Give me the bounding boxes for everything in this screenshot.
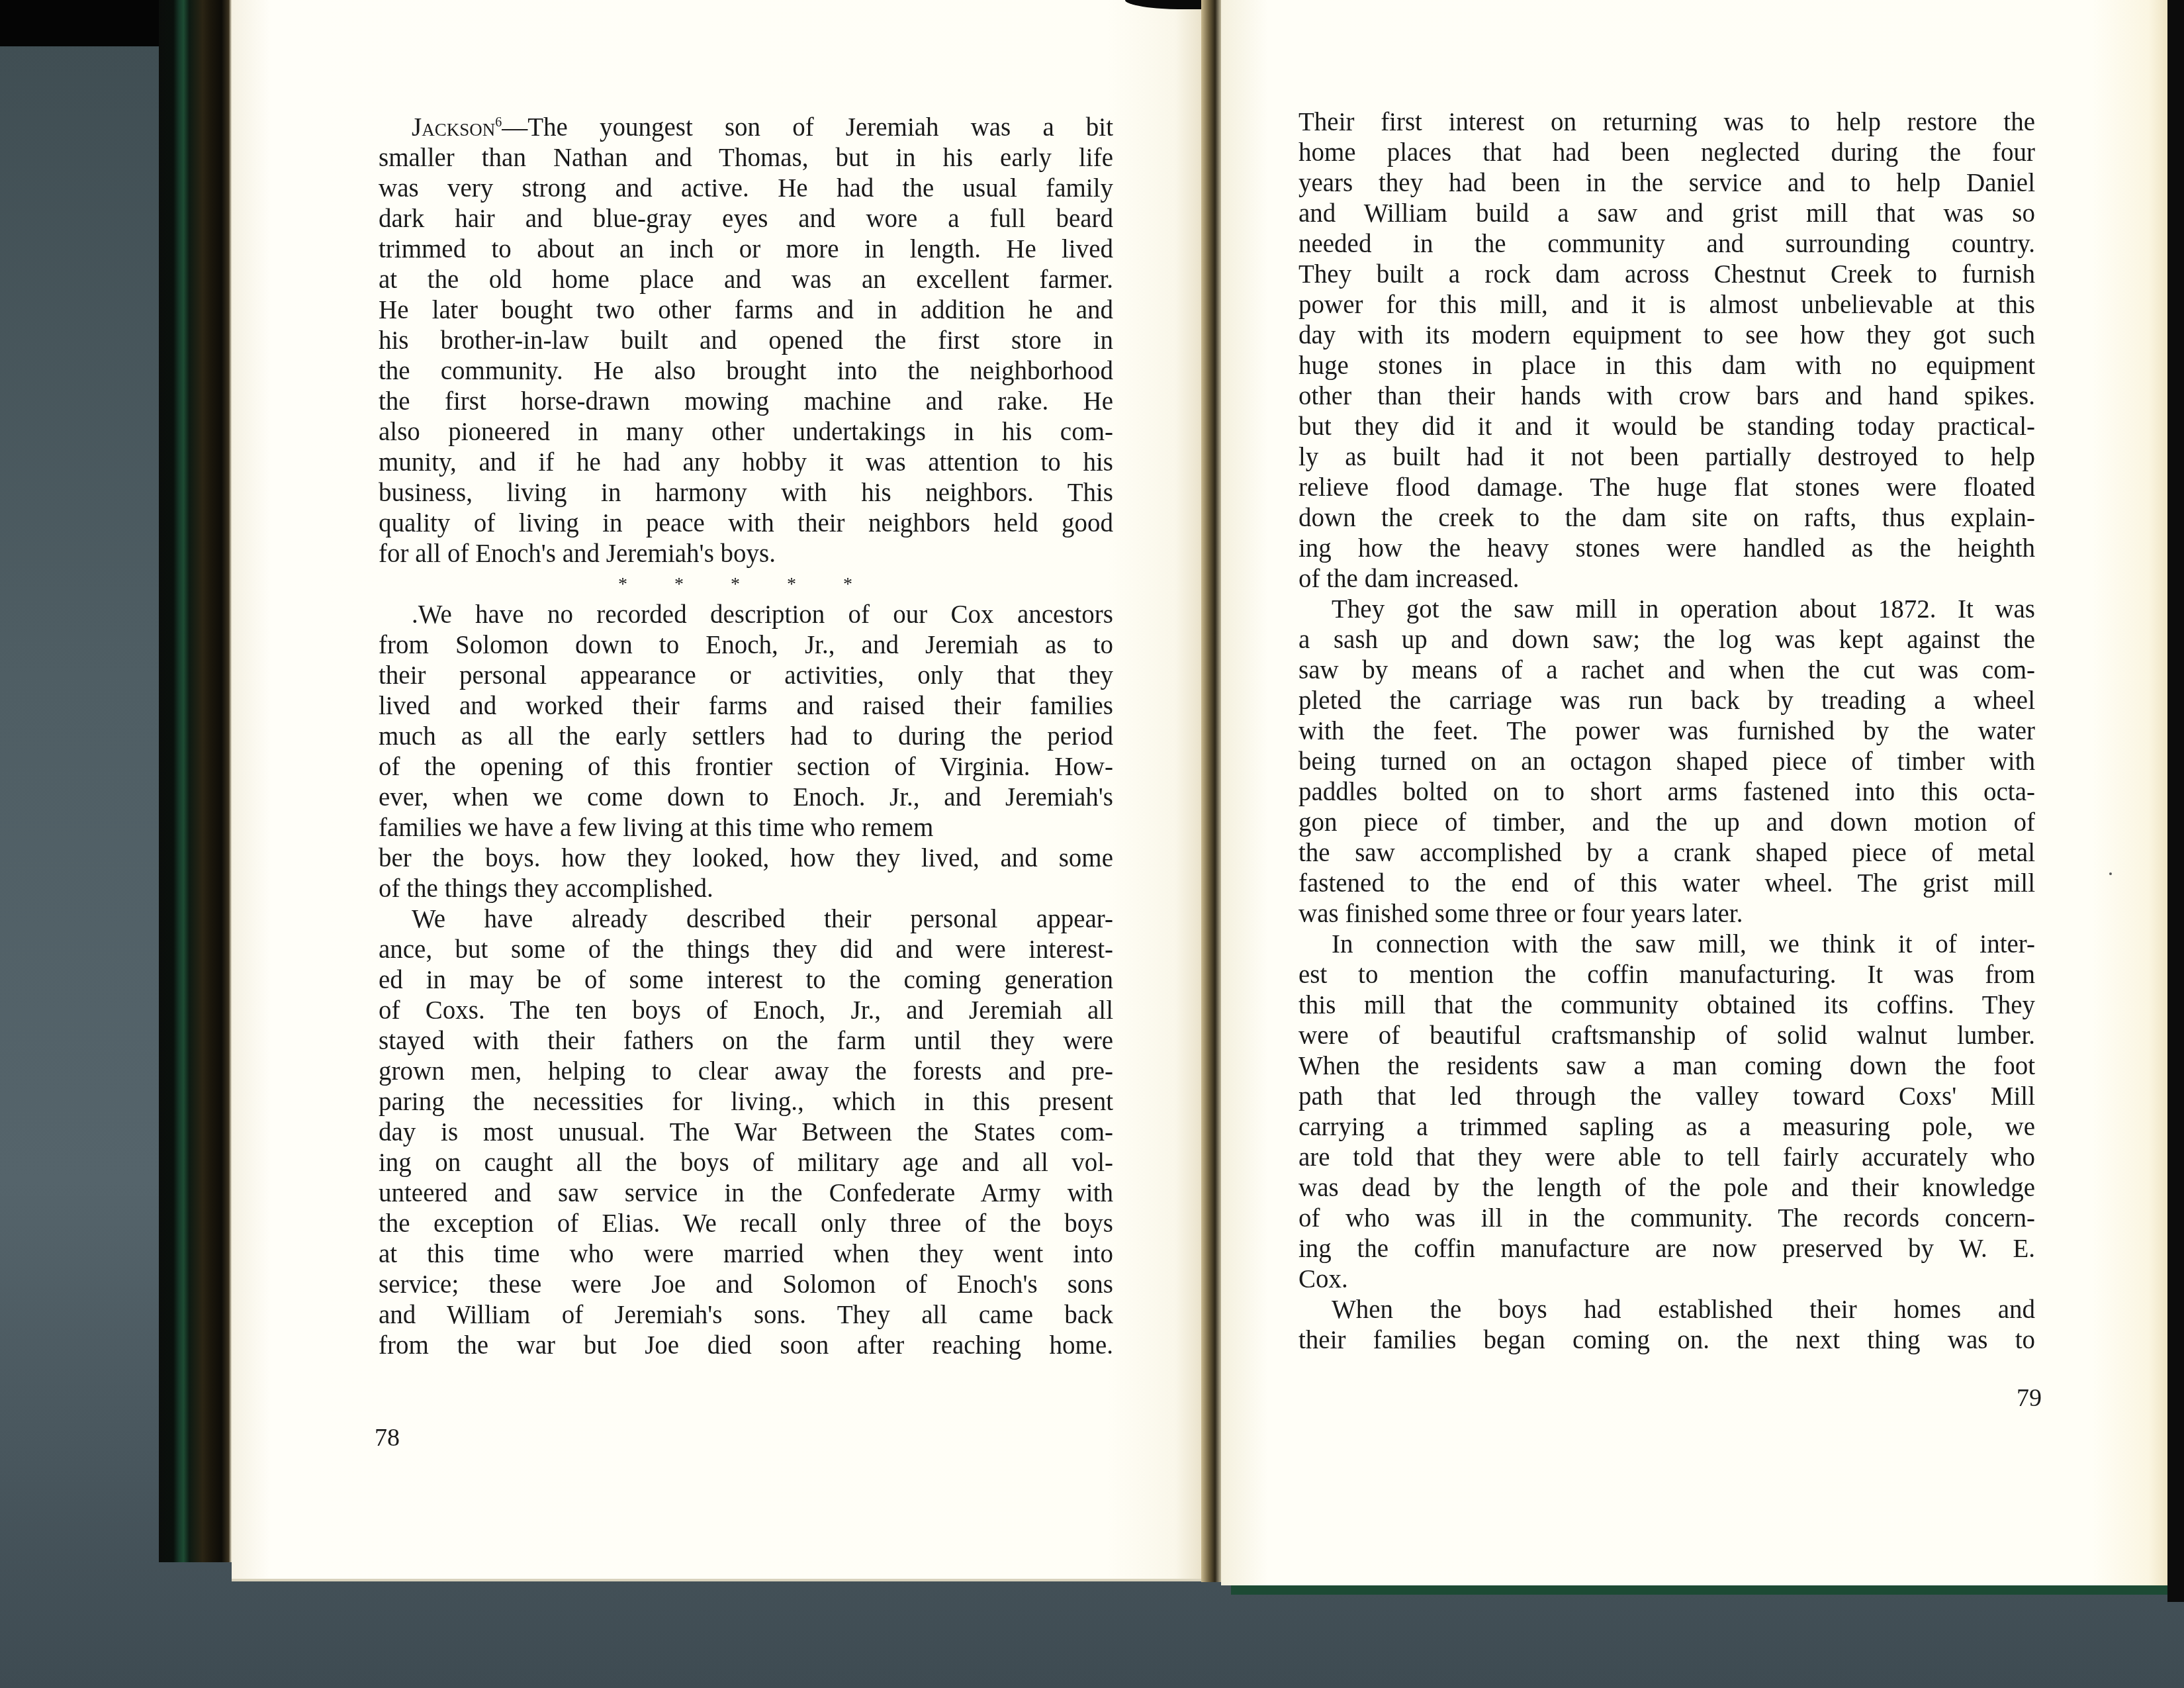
paragraph-line: needed in the community and surrounding … xyxy=(1298,229,2035,259)
book-spine-left xyxy=(159,0,232,1562)
binding-cloth-bottom xyxy=(1231,1585,2171,1595)
scan-speck xyxy=(2109,872,2112,875)
paragraph-line: their personal appearance or activities,… xyxy=(379,661,1113,691)
paragraph-line: munity, and if he had any hobby it was a… xyxy=(379,447,1113,478)
paragraph-line: unteered and saw service in the Confeder… xyxy=(379,1178,1113,1209)
paragraph-line: the community. He also brought into the … xyxy=(379,356,1113,387)
paragraph-line: but they did it and it would be standing… xyxy=(1298,412,2035,442)
paragraph-line: We have already described their personal… xyxy=(379,904,1113,935)
paragraph-line: from the war but Joe died soon after rea… xyxy=(379,1331,1113,1361)
paragraph-line: paring the necessities for living., whic… xyxy=(379,1087,1113,1117)
paragraph-line: Their first interest on returning was to… xyxy=(1298,107,2035,138)
paragraph-line: In connection with the saw mill, we thin… xyxy=(1298,929,2035,960)
paragraph-line: Cox. xyxy=(1298,1264,2035,1295)
paragraph-line: stayed with their fathers on the farm un… xyxy=(379,1026,1113,1056)
paragraph-line: ing how the heavy stones were handled as… xyxy=(1298,534,2035,564)
paragraph-line: They built a rock dam across Chestnut Cr… xyxy=(1298,259,2035,290)
paragraph-line: of the dam increased. xyxy=(1298,564,2035,594)
paragraph-line: power for this mill, and it is almost un… xyxy=(1298,290,2035,320)
paragraph-line: day with its modern equipment to see how… xyxy=(1298,320,2035,351)
paragraph-line: at this time who were married when they … xyxy=(379,1239,1113,1270)
paragraph-line: They got the saw mill in operation about… xyxy=(1298,594,2035,625)
section-heading-name: Jackson xyxy=(412,113,495,142)
paragraph-line: relieve flood damage. The huge flat ston… xyxy=(1298,473,2035,503)
paragraph-line: ance, but some of the things they did an… xyxy=(379,935,1113,965)
paragraph-line: at the old home place and was an excelle… xyxy=(379,265,1113,295)
paragraph-line: pleted the carriage was run back by trea… xyxy=(1298,686,2035,716)
paragraph-line: this mill that the community obtained it… xyxy=(1298,990,2035,1021)
paragraph-line: being turned on an octagon shaped piece … xyxy=(1298,747,2035,777)
paragraph-line: ber the boys. how they looked, how they … xyxy=(379,843,1113,874)
paragraph-line: are told that they were able to tell fai… xyxy=(1298,1143,2035,1173)
paragraph-line: and William build a saw and grist mill t… xyxy=(1298,199,2035,229)
paragraph-line: When the residents saw a man coming down… xyxy=(1298,1051,2035,1082)
paragraph-line: ed in may be of some interest to the com… xyxy=(379,965,1113,996)
paragraph-line: He later bought two other farms and in a… xyxy=(379,295,1113,326)
book-gutter xyxy=(1201,0,1221,1582)
paragraph-line: with the feet. The power was furnished b… xyxy=(1298,716,2035,747)
paragraph-line: trimmed to about an inch or more in leng… xyxy=(379,234,1113,265)
paragraph-line: ing the coffin manufacture are now prese… xyxy=(1298,1234,2035,1264)
paragraph-line: their families began coming on. the next… xyxy=(1298,1325,2035,1356)
right-page-text: Their first interest on returning was to… xyxy=(1298,107,2035,1356)
paragraph-line: smaller than Nathan and Thomas, but in h… xyxy=(379,143,1113,173)
paragraph-line: gon piece of timber, and the up and down… xyxy=(1298,808,2035,838)
paragraph-line: of Coxs. The ten boys of Enoch, Jr., and… xyxy=(379,996,1113,1026)
paragraph-line: the first horse-drawn mowing machine and… xyxy=(379,387,1113,417)
paragraph-line: down the creek to the dam site on rafts,… xyxy=(1298,503,2035,534)
paragraph-line: paddles bolted on to short arms fastened… xyxy=(1298,777,2035,808)
paragraph-line: of who was ill in the community. The rec… xyxy=(1298,1203,2035,1234)
paragraph-line: ly as built had it not been partially de… xyxy=(1298,442,2035,473)
paragraph-line: Jackson6—The youngest son of Jeremiah wa… xyxy=(379,113,1113,143)
page-number-right: 79 xyxy=(2017,1383,2042,1413)
cover-edge-right xyxy=(2167,0,2184,1602)
paragraph-line: families we have a few living at this ti… xyxy=(379,813,1113,843)
paragraph-line: lived and worked their farms and raised … xyxy=(379,691,1113,722)
paragraph-line: were of beautiful craftsmanship of solid… xyxy=(1298,1021,2035,1051)
left-page-text: Jackson6—The youngest son of Jeremiah wa… xyxy=(379,113,1113,1361)
paragraph-line: also pioneered in many other undertaking… xyxy=(379,417,1113,447)
paragraph-line: the saw accomplished by a crank shaped p… xyxy=(1298,838,2035,868)
paragraph-line: path that led through the valley toward … xyxy=(1298,1082,2035,1112)
paragraph-line: a sash up and down saw; the log was kept… xyxy=(1298,625,2035,655)
paragraph-line: much as all the early settlers had to du… xyxy=(379,722,1113,752)
paragraph-line: service; these were Joe and Solomon of E… xyxy=(379,1270,1113,1300)
paragraph-line: grown men, helping to clear away the for… xyxy=(379,1056,1113,1087)
paragraph-line: was finished some three or four years la… xyxy=(1298,899,2035,929)
paragraph-line: fastened to the end of this water wheel.… xyxy=(1298,868,2035,899)
book-scan-scene: Jackson6—The youngest son of Jeremiah wa… xyxy=(0,0,2184,1688)
paragraph-line: the exception of Elias. We recall only t… xyxy=(379,1209,1113,1239)
paragraph-line: .We have no recorded description of our … xyxy=(379,600,1113,630)
paragraph-line: years they had been in the service and t… xyxy=(1298,168,2035,199)
section-separator: * * * * * xyxy=(379,569,1113,600)
page-number-left: 78 xyxy=(375,1423,400,1452)
paragraph-line: saw by means of a rachet and when the cu… xyxy=(1298,655,2035,686)
paragraph-line: was very strong and active. He had the u… xyxy=(379,173,1113,204)
paragraph-line: home places that had been neglected duri… xyxy=(1298,138,2035,168)
paragraph-line: from Solomon down to Enoch, Jr., and Jer… xyxy=(379,630,1113,661)
paragraph-line: day is most unusual. The War Between the… xyxy=(379,1117,1113,1148)
paragraph-line: was dead by the length of the pole and t… xyxy=(1298,1173,2035,1203)
paragraph-line: carrying a trimmed sapling as a measurin… xyxy=(1298,1112,2035,1143)
paragraph-line: business, living in harmony with his nei… xyxy=(379,478,1113,508)
paragraph-line: huge stones in place in this dam with no… xyxy=(1298,351,2035,381)
paragraph-line: quality of living in peace with their ne… xyxy=(379,508,1113,539)
paragraph-line: of the things they accomplished. xyxy=(379,874,1113,904)
paragraph-line: ing on caught all the boys of military a… xyxy=(379,1148,1113,1178)
paragraph-line: and William of Jeremiah's sons. They all… xyxy=(379,1300,1113,1331)
paragraph-line: for all of Enoch's and Jeremiah's boys. xyxy=(379,539,1113,569)
paragraph-line: other than their hands with crow bars an… xyxy=(1298,381,2035,412)
paragraph-line: ever, when we come down to Enoch. Jr., a… xyxy=(379,782,1113,813)
paragraph-line: of the opening of this frontier section … xyxy=(379,752,1113,782)
paragraph-line: his brother-in-law built and opened the … xyxy=(379,326,1113,356)
generation-superscript: 6 xyxy=(495,115,502,130)
paragraph-line: est to mention the coffin manufacturing.… xyxy=(1298,960,2035,990)
paragraph-line: When the boys had established their home… xyxy=(1298,1295,2035,1325)
paragraph-line: dark hair and blue-gray eyes and wore a … xyxy=(379,204,1113,234)
